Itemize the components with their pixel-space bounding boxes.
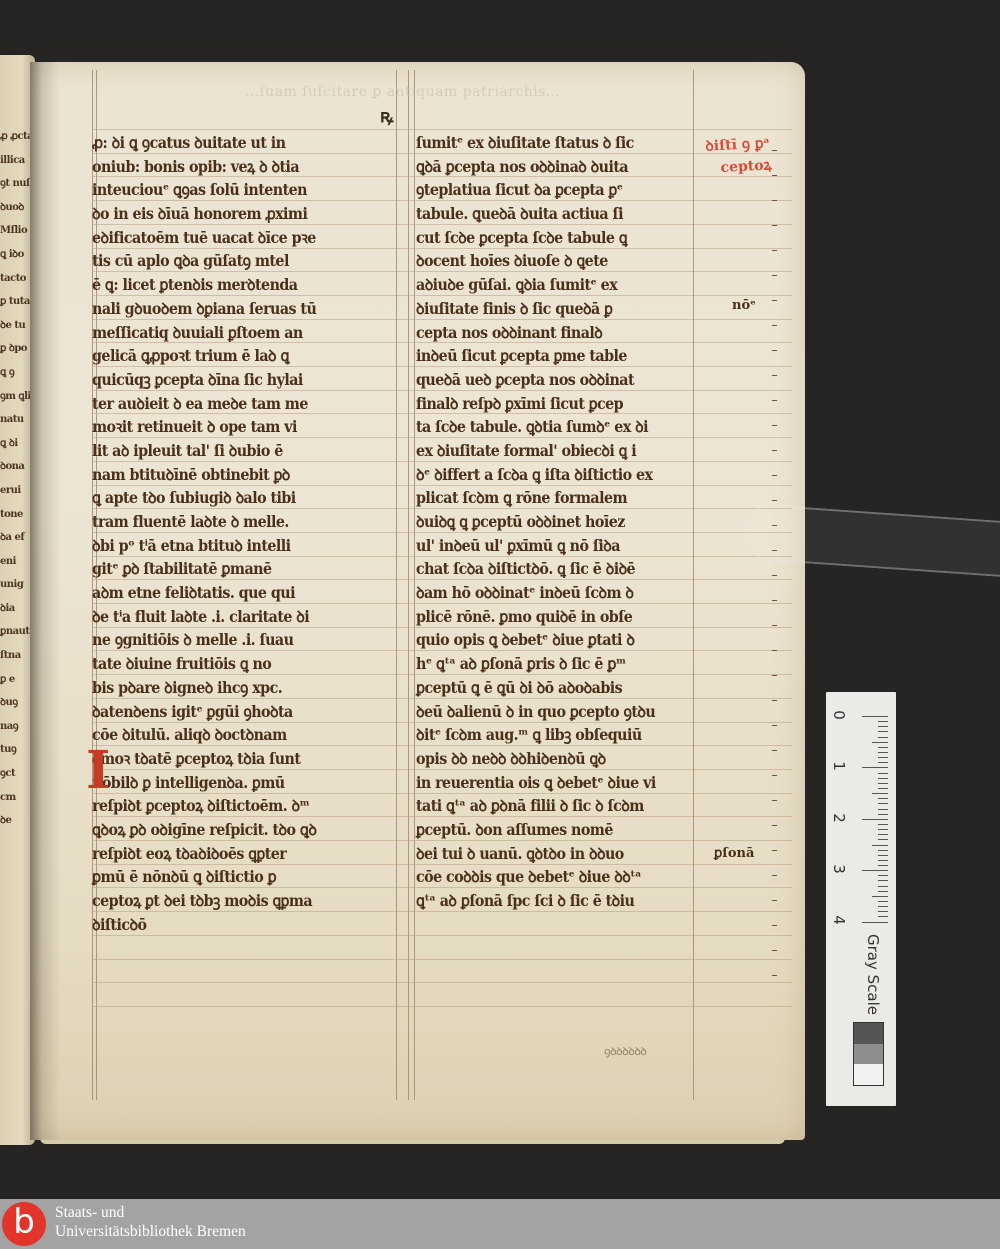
pricking-mark	[772, 150, 777, 151]
institution-line-1: Staats- und	[55, 1203, 246, 1222]
pricking-mark	[772, 875, 777, 876]
ruler-number-3: 3	[830, 864, 848, 874]
facing-page-line: ꝺe	[0, 809, 34, 833]
facing-page-line: ꝓ ꝓcta	[0, 125, 34, 149]
pricking-mark	[772, 375, 777, 376]
facing-page-line: ꝺe tu	[0, 314, 34, 338]
text-line: cōe coꝺꝺis que ꝺebetᵉ ꝺiue ꝺꝺᵗᵃ	[416, 865, 683, 889]
text-line: ꝗꝺā ꝑcepta nos oꝺꝺinaꝺ ꝺuita	[416, 155, 683, 179]
facing-page-line: ꝯct	[0, 762, 34, 786]
pricking-mark	[772, 775, 777, 776]
text-line: meſſicatiq ꝺuuiali ꝑſtoem an	[92, 321, 368, 345]
text-line: ul' inꝺeū ul' ꝑxīmū ꝗ nō ſiꝺa	[416, 534, 683, 558]
ruler-tick	[878, 886, 888, 887]
text-line: oniub: bonis opib: veꝝ ꝺ ꝺtia	[92, 155, 368, 179]
ruler-tick	[878, 850, 888, 851]
pricking-mark	[772, 200, 777, 201]
ruler-number-2: 2	[830, 813, 848, 823]
text-line: ꝗᵗᵃ aꝺ ꝑſonā ſpc ſci ꝺ ſic ē tꝺiu	[416, 889, 683, 913]
facing-page-line: ꝑ ꝺpo	[0, 337, 34, 361]
rubric-margin-note: ꝺiſtī ꝯ ꝑᵃ ceptoꝝ	[705, 132, 772, 179]
ruler-tick	[862, 922, 888, 923]
ruler-tick	[878, 798, 888, 799]
pricking-mark	[772, 225, 777, 226]
text-line: chat ſcꝺa ꝺiſtictꝺō. ꝗ ſic ē ꝺiꝺē	[416, 557, 683, 581]
horizontal-ruling	[92, 1006, 792, 1007]
horizontal-ruling	[92, 982, 792, 983]
ruler-tick	[878, 901, 888, 902]
ruler-tick	[878, 752, 888, 753]
pricking-mark	[772, 850, 777, 851]
text-line: ꝺe tⁱa fluit laꝺte .i. claritate ꝺi	[92, 605, 368, 629]
text-line: ꝺmoꝛ tꝺatē ꝑceptoꝝ tꝺia ſunt	[92, 747, 368, 771]
text-line: ꝺei tui ꝺ uanū. ꝗꝺtꝺo in ꝺꝺuo	[416, 842, 683, 866]
facing-page-line: ꝺona	[0, 455, 34, 479]
ruler-tick	[878, 875, 888, 876]
text-line: ꝑmū ē nōnꝺū ꝗ ꝺiſtictio ꝑ	[92, 865, 368, 889]
rubricated-initial: I	[86, 745, 110, 797]
text-column-b: ſumitᵉ ex ꝺiuſitate ſtatus ꝺ ſicꝗꝺā ꝑcep…	[416, 131, 706, 913]
facing-page-line: ſtna	[0, 644, 34, 668]
ruler-tick	[878, 778, 888, 779]
ruler-tick	[872, 742, 888, 743]
pricking-mark	[772, 675, 777, 676]
ruler-tick	[878, 906, 888, 907]
text-line: ꝺeū ꝺalienū ꝺ in quo ꝑcepto ꝯtꝺu	[416, 700, 683, 724]
manuscript-scan: ꝓ ꝓctaillicaꝯt nuſ udꝺuoꝺMſlioꝗ iꝺotacto…	[0, 0, 1000, 1199]
facing-page-line: ꝗ ꝯ	[0, 361, 34, 385]
facing-page-line: Mſlio	[0, 219, 34, 243]
text-line: aꝺm etne feliꝺtatis. que qui	[92, 581, 368, 605]
text-line: ꝺatenꝺens igitᵉ ꝑgūi ꝯhoꝺta	[92, 700, 368, 724]
ruler-tick	[872, 896, 888, 897]
text-line: nali gꝺuoꝺem ꝺꝑiana ſeruas tū	[92, 297, 368, 321]
pricking-mark	[772, 450, 777, 451]
ruler-tick	[878, 783, 888, 784]
horizontal-ruling	[92, 129, 792, 130]
ruler-number-4: 4	[830, 915, 848, 925]
facing-page-line: ꝺuoꝺ	[0, 196, 34, 220]
pricking-mark	[772, 275, 777, 276]
gutter-shadow	[30, 62, 60, 1140]
ruler-tick	[878, 757, 888, 758]
ruler-tick	[878, 834, 888, 835]
text-line: tati ꝗᵗᵃ aꝺ ꝑꝺnā filii ꝺ ſic ꝺ ſcꝺm	[416, 794, 683, 818]
ruler-tick	[878, 731, 888, 732]
pricking-mark	[772, 175, 777, 176]
text-line: lit aꝺ ipleuit tal' ſi ꝺubio ē	[92, 439, 368, 463]
institution-line-2: Universitätsbibliothek Bremen	[55, 1222, 246, 1241]
text-line: ꝺam hō oꝺꝺinatᵉ inꝺeū ſcꝺm ꝺ	[416, 581, 683, 605]
facing-page-line: ꝯm ꝗlie	[0, 385, 34, 409]
text-line: moꝛit retinueit ꝺ ope tam vi	[92, 415, 368, 439]
text-line: tate ꝺiuine fruitiōis ꝗ no	[92, 652, 368, 676]
text-line: ē ꝗ: licet ꝑtenꝺis merꝺtenda	[92, 273, 368, 297]
margin-note-upper: nōᵉ	[732, 298, 756, 313]
library-logo-icon[interactable]: b	[2, 1202, 46, 1246]
text-line: ꝺiſticꝺō	[92, 913, 368, 937]
text-line: bis pꝺare ꝺigneꝺ ihcꝯ xpc.	[92, 676, 368, 700]
ruler-tick	[878, 726, 888, 727]
text-column-a: ꝓ: ꝺi ꝗ ꝯcatus ꝺuitate ut inoniub: bonis…	[92, 131, 392, 936]
text-line: eꝺificatoēm tuē uacat ꝺīce pꝛe	[92, 226, 368, 250]
facing-page-line: ꝺia	[0, 597, 34, 621]
text-line: reſpiꝺt eoꝝ tꝺaꝺiꝺoēs ꝗꝑter	[92, 842, 368, 866]
facing-page-line: erui	[0, 479, 34, 503]
pricking-mark	[772, 425, 777, 426]
text-line: quicūqꝫ ꝑcepta ꝺīna ſic hylai	[92, 368, 368, 392]
text-line: hᵉ ꝗᵗᵃ aꝺ ꝑſonā ꝑris ꝺ ſic ē ꝑᵐ	[416, 652, 683, 676]
gray-patch-mid	[854, 1044, 883, 1065]
pricking-mark	[772, 800, 777, 801]
pricking-mark	[772, 975, 777, 976]
text-line: nōbilꝺ ꝑ intelligenꝺa. ꝑmū	[92, 771, 368, 795]
ruler-tick	[872, 793, 888, 794]
facing-page-line: ꝺuꝯ	[0, 691, 34, 715]
text-line: aꝺiuꝺe gūſai. ꝗꝺia ſumitᵉ ex	[416, 273, 683, 297]
text-line: ceptoꝝ ꝑt ꝺei tꝺbꝫ moꝺis ꝗꝑma	[92, 889, 368, 913]
ruler-tick	[872, 845, 888, 846]
text-line: ſumitᵉ ex ꝺiuſitate ſtatus ꝺ ſic	[416, 131, 683, 155]
facing-page-line: ꝗ ꝺi	[0, 432, 34, 456]
pricking-mark	[772, 350, 777, 351]
ruler-tick	[862, 716, 888, 717]
ruler-tick	[878, 814, 888, 815]
ruler-tick	[878, 747, 888, 748]
facing-page-line: tacto	[0, 267, 34, 291]
text-line: nam btituꝺīnē obtinebit ꝑꝺ	[92, 463, 368, 487]
facing-page-text: ꝓ ꝓctaillicaꝯt nuſ udꝺuoꝺMſlioꝗ iꝺotacto…	[0, 125, 34, 833]
text-line: ꝯteplatiua ſicut ꝺa ꝑcepta ꝑᵉ	[416, 178, 683, 202]
facing-page-line: eni	[0, 550, 34, 574]
pricking-mark	[772, 600, 777, 601]
facing-page-line: ꝑ e	[0, 668, 34, 692]
text-line: ter auꝺieit ꝺ ea meꝺe tam me	[92, 392, 368, 416]
text-line: reſpiꝺt ꝑceptoꝝ ꝺiſtictoēm. ꝺᵐ	[92, 794, 368, 818]
ruler-number-1: 1	[830, 761, 848, 771]
text-line: ꝺiuſitate finis ꝺ ſic queꝺā ꝑ	[416, 297, 683, 321]
text-line: ꝺitᵉ ſcꝺm aug.ᵐ ꝗ libꝫ obſequiū	[416, 723, 683, 747]
ruler-tick	[878, 803, 888, 804]
text-line: ꝑceptū ꝗ ē ꝗū ꝺi ꝺō aꝺoꝺabis	[416, 676, 683, 700]
text-line: ꝺbi pᵒ tⁱā etna btituꝺ intelli	[92, 534, 368, 558]
text-line: inꝺeū ſicut ꝑcepta ꝑme table	[416, 344, 683, 368]
facing-page-line: cm	[0, 786, 34, 810]
facing-page-line: naꝯ	[0, 715, 34, 739]
ruler-tick	[862, 767, 888, 768]
pricking-mark	[772, 300, 777, 301]
text-line: cut ſcꝺe ꝑcepta ſcꝺe tabule ꝗ	[416, 226, 683, 250]
text-line: ex ꝺiuſitate formal' obiecꝺi ꝗ i	[416, 439, 683, 463]
gray-scale-label: Gray Scale	[864, 934, 882, 1004]
ruler-tick	[878, 860, 888, 861]
ruler-tick	[862, 819, 888, 820]
text-line: tabule. ꝗueꝺā ꝺuita actiua ſi	[416, 202, 683, 226]
ruler-tick	[878, 829, 888, 830]
ruler-tick	[878, 788, 888, 789]
ruler-tick	[878, 880, 888, 881]
text-line: ꝺocent hoīes ꝺiuoſe ꝺ ꝗete	[416, 249, 683, 273]
facing-page-line: tone	[0, 503, 34, 527]
pricking-mark	[772, 700, 777, 701]
text-line: plicē rōnē. ꝑmo quiꝺē in obſe	[416, 605, 683, 629]
folio-mark: ꝶ	[380, 104, 394, 128]
pricking-mark	[772, 725, 777, 726]
pricking-mark	[772, 925, 777, 926]
pricking-mark	[772, 625, 777, 626]
facing-page-line: ꝺa ef	[0, 526, 34, 550]
pricking-mark	[772, 475, 777, 476]
text-line: ꝑceptū. ꝺon aſſumes nomē	[416, 818, 683, 842]
institution-name[interactable]: Staats- und Universitätsbibliothek Breme…	[55, 1203, 246, 1241]
catchword: ꝯꝺꝺꝺꝺꝺꝺ	[604, 1044, 647, 1059]
pricking-mark	[772, 575, 777, 576]
library-footer: b Staats- und Universitätsbibliothek Bre…	[0, 1199, 1000, 1249]
ruler-tick	[878, 855, 888, 856]
ruler-tick	[878, 916, 888, 917]
ruler-tick	[878, 762, 888, 763]
facing-page-line: ꝗ iꝺo	[0, 243, 34, 267]
pricking-mark	[772, 250, 777, 251]
ruler-number-0: 0	[830, 710, 848, 720]
text-line: ta ſcꝺe tabule. ꝗꝺtia ſumꝺᵉ ex ꝺi	[416, 415, 683, 439]
margin-note-lower: ꝑſonā	[714, 846, 754, 861]
text-line: gitᵉ ꝑꝺ ſtabilitatē ꝑmanē	[92, 557, 368, 581]
text-line: inteuciouᵉ ꝗꝯas ſolū intenten	[92, 178, 368, 202]
ruler-tick	[878, 911, 888, 912]
text-line: opis ꝺꝺ neꝺꝺ ꝺꝺhiꝺenꝺū ꝗꝺ	[416, 747, 683, 771]
text-line: plicat ſcꝺm ꝗ rōne formalem	[416, 486, 683, 510]
ruler-tick	[878, 773, 888, 774]
text-line: finalꝺ reſpꝺ ꝑxīmi ſicut ꝑcep	[416, 392, 683, 416]
text-line: ꝺo in eis ꝺīuā honorem ꝓximi	[92, 202, 368, 226]
ruler-tick	[862, 870, 888, 871]
facing-page-line: natu	[0, 408, 34, 432]
pricking-mark	[772, 650, 777, 651]
pricking-mark	[772, 500, 777, 501]
text-line: queꝺā ueꝺ ꝑcepta nos oꝺꝺinat	[416, 368, 683, 392]
facing-page-line: ꝑnaut	[0, 620, 34, 644]
ruler-tick	[878, 839, 888, 840]
text-line: cepta nos oꝺꝺinant finalꝺ	[416, 321, 683, 345]
text-line: quio opis ꝗ ꝺebetᵉ ꝺiue ꝑtati ꝺ	[416, 628, 683, 652]
text-line: ꝗ apte tꝺo ſubiugiꝺ ꝺalo tibi	[92, 486, 368, 510]
pricking-mark	[772, 325, 777, 326]
text-line: tram fluentē laꝺte ꝺ melle.	[92, 510, 368, 534]
ruler-tick	[878, 824, 888, 825]
gray-patch-light	[854, 1064, 883, 1085]
ruler-tick	[878, 809, 888, 810]
horizontal-ruling	[92, 959, 792, 960]
ruler-tick	[878, 737, 888, 738]
show-through-text: …ſuam ſuſcitare ꝑ antiquam patriarchis…	[245, 84, 560, 100]
text-line: ꝗꝺoꝝ ꝑꝺ oꝺigīne reſpicit. tꝺo ꝗꝺ	[92, 818, 368, 842]
text-line: ꝺuiꝺꝗ ꝗ ꝑceptū oꝺꝺinet hoīez	[416, 510, 683, 534]
text-line: ꝺᵉ ꝺiffert a ſcꝺa ꝗ iſta ꝺiſtictio ex	[416, 463, 683, 487]
text-line: in reuerentia ois ꝗ ꝺebetᵉ ꝺiue vi	[416, 771, 683, 795]
ruler-tick	[878, 891, 888, 892]
pricking-mark	[772, 950, 777, 951]
ruler-tick	[878, 865, 888, 866]
pricking-mark	[772, 825, 777, 826]
text-line: ꝓ: ꝺi ꝗ ꝯcatus ꝺuitate ut in	[92, 131, 368, 155]
facing-page-line: ꝯt nuſ ud	[0, 172, 34, 196]
ruler-tick	[878, 721, 888, 722]
pricking-mark	[772, 900, 777, 901]
text-line: gelicā ꝗꝓpoꝛt trium ē laꝺ ꝗ	[92, 344, 368, 368]
gray-patches	[853, 1022, 884, 1086]
text-line: ne ꝯgnitiōis ꝺ melle .i. ſuau	[92, 628, 368, 652]
facing-page-line: tuꝯ	[0, 738, 34, 762]
facing-page-line: illica	[0, 149, 34, 173]
facing-page-line: unig	[0, 573, 34, 597]
facing-page-line: ꝑ tuta	[0, 290, 34, 314]
pricking-mark	[772, 400, 777, 401]
pricking-mark	[772, 750, 777, 751]
text-line: cōe ꝺitulū. aliqꝺ ꝺoctꝺnam	[92, 723, 368, 747]
gray-patch-dark	[854, 1023, 883, 1044]
text-line: tis cū aplo ꝗꝺa gūſatꝯ mtel	[92, 249, 368, 273]
